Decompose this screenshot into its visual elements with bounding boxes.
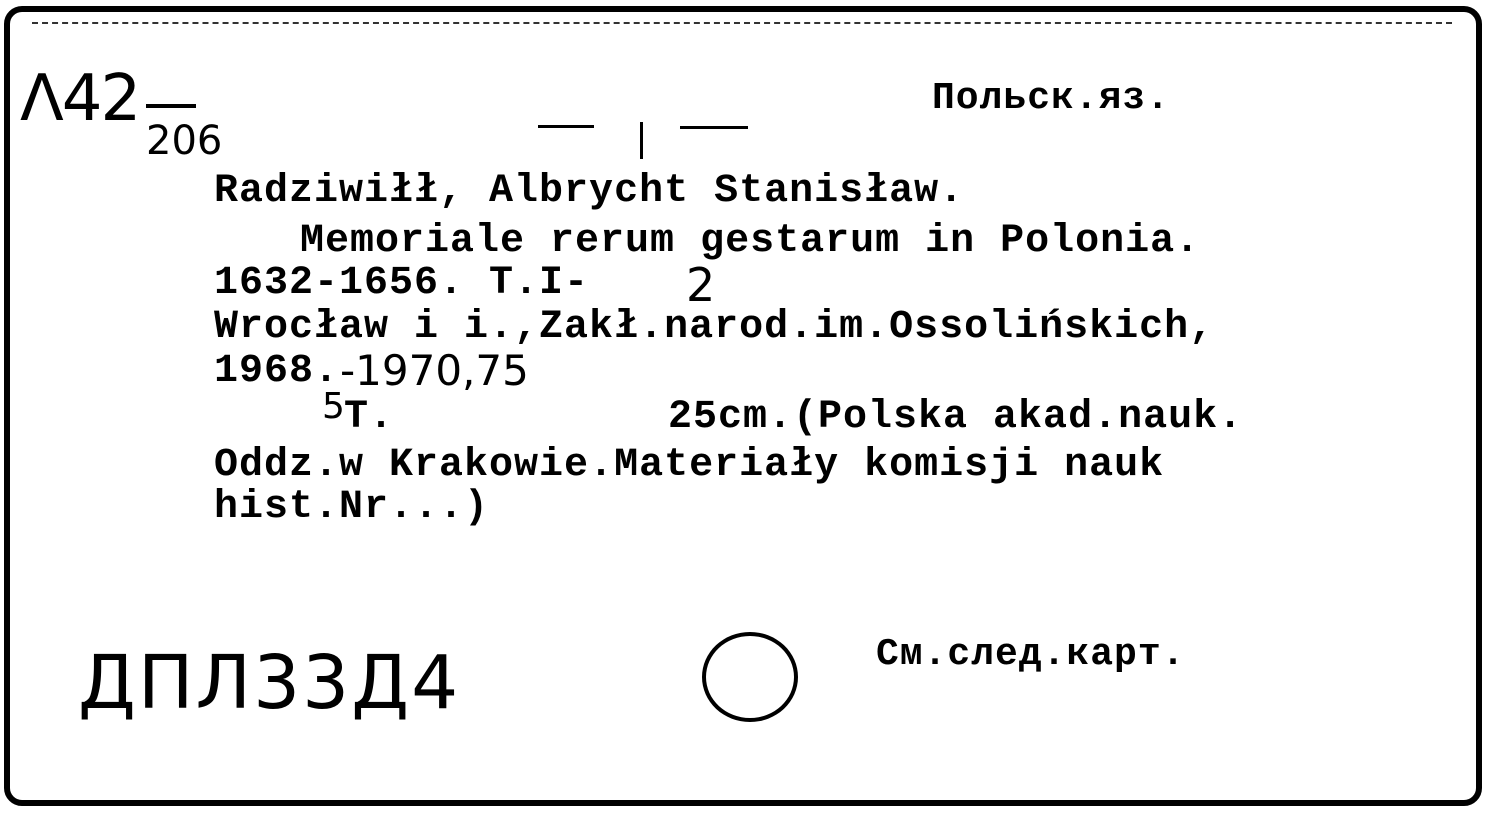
imprint-year: 1968. <box>214 352 339 392</box>
title-line: Memoriale rerum gestarum in Polonia. <box>300 222 1200 262</box>
extent-handwritten: 5 <box>322 386 345 427</box>
imprint-year-handwritten: -1970,75 <box>340 346 529 395</box>
size-series: 25cm.(Polska akad.nauk. <box>668 398 1243 438</box>
imprint-line: Wrocław i i.,Zakł.narod.im.Ossolińskich, <box>214 308 1214 348</box>
call-number-handwritten: ДПЛ33Д4 <box>78 640 460 726</box>
dates-volumes: 1632-1656. T.I- <box>214 264 589 304</box>
dash-mark-left <box>538 125 594 128</box>
language-label: Польск.яз. <box>932 80 1170 118</box>
vertical-tick-mark <box>640 122 643 159</box>
volumes-handwritten: 2 <box>686 258 715 312</box>
shelf-mark-fraction-bar <box>146 104 196 108</box>
series-line-3: hist.Nr...) <box>214 488 489 528</box>
dash-mark-right <box>680 126 748 129</box>
shelf-mark-number: 206 <box>146 118 222 164</box>
continued-on-next-card-note: См.след.карт. <box>876 636 1185 674</box>
card-top-rule <box>32 22 1452 24</box>
series-line-2: Oddz.w Krakowie.Materiały komisji nauk <box>214 446 1164 486</box>
author-heading: Radziwiłł, Albrycht Stanisław. <box>214 172 964 212</box>
extent: T. <box>344 398 394 438</box>
circle-mark <box>702 632 798 722</box>
shelf-mark-handwritten: Ʌ42 <box>20 62 139 136</box>
